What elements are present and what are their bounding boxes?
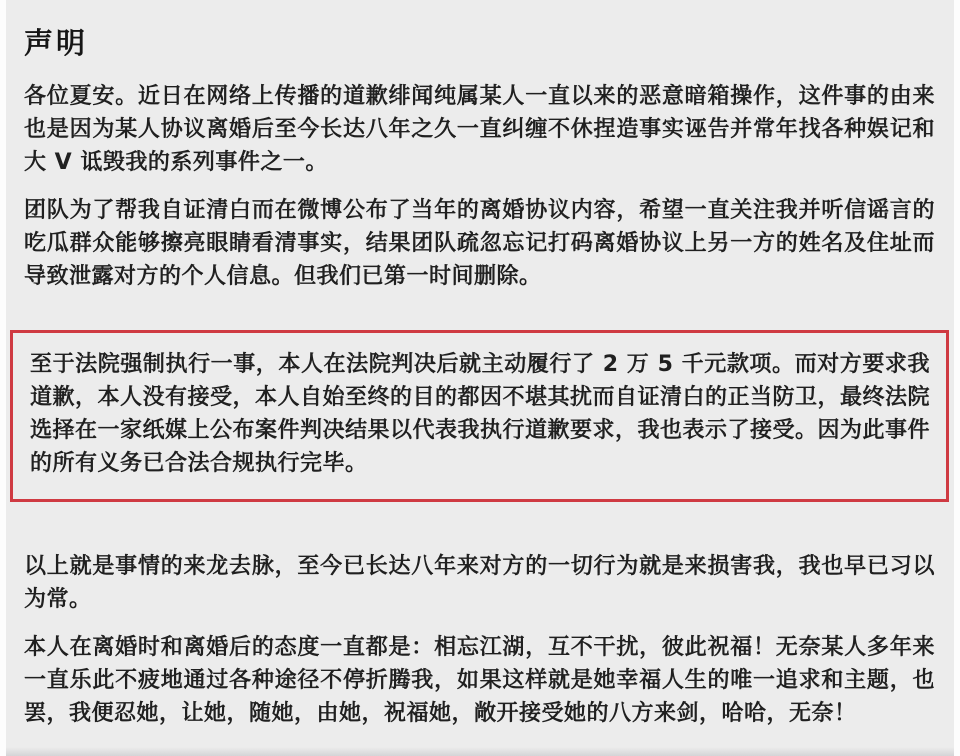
statement-paragraph-4: 以上就是事情的来龙去脉，至今已长达八年来对方的一切行为就是来损害我，我也早已习以… xyxy=(24,550,935,616)
bottom-edge-shadow xyxy=(6,747,954,756)
red-highlight-box: 至于法院强制执行一事，本人在法院判决后就主动履行了 2 万 5 千元款项。而对方… xyxy=(10,330,949,502)
statement-paragraph-3-highlighted: 至于法院强制执行一事，本人在法院判决后就主动履行了 2 万 5 千元款项。而对方… xyxy=(30,348,930,480)
statement-paragraph-5: 本人在离婚时和离婚后的态度一直都是：相忘江湖，互不干扰，彼此祝福！无奈某人多年来… xyxy=(24,631,935,730)
statement-paragraph-2: 团队为了帮我自证清白而在微博公布了当年的离婚协议内容，希望一直关注我并听信谣言的… xyxy=(24,194,935,293)
statement-page: 声明 各位夏安。近日在网络上传播的道歉绯闻纯属某人一直以来的恶意暗箱操作，这件事… xyxy=(6,0,954,756)
statement-paragraph-1: 各位夏安。近日在网络上传播的道歉绯闻纯属某人一直以来的恶意暗箱操作，这件事的由来… xyxy=(24,80,935,179)
statement-title: 声明 xyxy=(24,26,935,60)
